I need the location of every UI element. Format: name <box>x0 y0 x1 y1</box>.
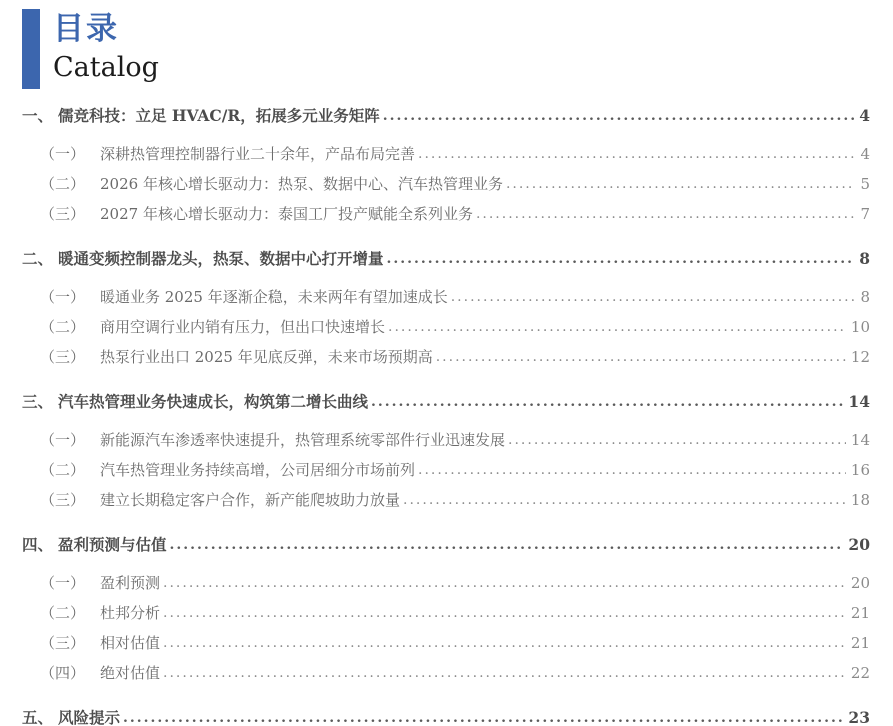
dot-leader <box>403 489 846 510</box>
page-number: 8 <box>859 248 870 270</box>
toc-entry-title: 建立长期稳定客户合作，新产能爬坡助力放量 <box>100 490 400 510</box>
toc-section-row[interactable]: 四、 盈利预测与估值 20 <box>22 534 870 557</box>
page-number: 21 <box>851 603 870 623</box>
toc-entry-title: 汽车热管理业务快速成长，构筑第二增长曲线 <box>58 391 368 413</box>
page-number: 8 <box>860 287 870 307</box>
toc-entry-title: 热泵行业出口 2025 年见底反弹，未来市场预期高 <box>100 347 433 367</box>
toc-entry-number: （一） <box>40 287 100 307</box>
toc-entry-number: （二） <box>40 174 100 194</box>
page-number: 10 <box>851 317 870 337</box>
page-number: 14 <box>851 430 870 450</box>
dot-leader <box>371 390 843 413</box>
toc-sub-row[interactable]: （三） 2027 年核心增长驱动力：泰国工厂投产赋能全系列业务 7 <box>22 204 870 225</box>
dot-leader <box>163 602 846 623</box>
dot-leader <box>476 203 856 224</box>
toc-entry-title: 2026 年核心增长驱动力：热泵、数据中心、汽车热管理业务 <box>100 174 503 194</box>
toc-entry-number: （二） <box>40 317 100 337</box>
dot-leader <box>418 459 846 480</box>
dot-leader <box>506 173 856 194</box>
page-number: 20 <box>851 573 870 593</box>
toc-sub-row[interactable]: （三） 建立长期稳定客户合作，新产能爬坡助力放量 18 <box>22 490 870 511</box>
dot-leader <box>383 104 854 127</box>
toc-entry-number: （三） <box>40 633 100 653</box>
table-of-contents: 一、 儒竞科技：立足 HVAC/R，拓展多元业务矩阵 4 （一） 深耕热管理控制… <box>0 89 893 726</box>
toc-entry-number: （四） <box>40 663 100 683</box>
toc-sub-row[interactable]: （三） 相对估值 21 <box>22 633 870 654</box>
dot-leader <box>436 346 846 367</box>
dot-leader <box>163 572 846 593</box>
dot-leader <box>418 143 855 164</box>
toc-sub-row[interactable]: （一） 深耕热管理控制器行业二十余年，产品布局完善 4 <box>22 144 870 165</box>
toc-entry-number: （三） <box>40 347 100 367</box>
page-number: 12 <box>851 347 870 367</box>
dot-leader <box>508 429 846 450</box>
toc-entry-number: （二） <box>40 460 100 480</box>
toc-sub-row[interactable]: （一） 暖通业务 2025 年逐渐企稳，未来两年有望加速成长 8 <box>22 287 870 308</box>
dot-leader <box>163 662 846 683</box>
toc-entry-title: 相对估值 <box>100 633 160 653</box>
toc-sub-row[interactable]: （二） 汽车热管理业务持续高增，公司居细分市场前列 16 <box>22 460 870 481</box>
accent-bar <box>22 9 40 89</box>
toc-sub-row[interactable]: （一） 盈利预测 20 <box>22 573 870 594</box>
dot-leader <box>388 316 846 337</box>
dot-leader <box>123 706 843 726</box>
page-number: 4 <box>859 105 870 127</box>
toc-entry-number: （一） <box>40 573 100 593</box>
toc-entry-title: 2027 年核心增长驱动力：泰国工厂投产赋能全系列业务 <box>100 204 473 224</box>
toc-sub-row[interactable]: （四） 绝对估值 22 <box>22 663 870 684</box>
page-title-en: Catalog <box>53 49 159 87</box>
catalog-header: 目录 Catalog <box>0 0 893 89</box>
toc-section-row[interactable]: 一、 儒竞科技：立足 HVAC/R，拓展多元业务矩阵 4 <box>22 105 870 128</box>
page-title-cn: 目录 <box>53 9 159 49</box>
toc-entry-title: 杜邦分析 <box>100 603 160 623</box>
page-number: 21 <box>851 633 870 653</box>
toc-entry-title: 深耕热管理控制器行业二十余年，产品布局完善 <box>100 144 415 164</box>
page-number: 20 <box>848 534 870 556</box>
toc-entry-number: （一） <box>40 430 100 450</box>
toc-sub-row[interactable]: （二） 商用空调行业内销有压力，但出口快速增长 10 <box>22 317 870 338</box>
toc-sub-row[interactable]: （三） 热泵行业出口 2025 年见底反弹，未来市场预期高 12 <box>22 347 870 368</box>
toc-entry-title: 儒竞科技：立足 HVAC/R，拓展多元业务矩阵 <box>58 105 380 127</box>
toc-entry-number: 四、 <box>22 534 58 556</box>
toc-section-row[interactable]: 五、 风险提示 23 <box>22 707 870 726</box>
toc-sub-row[interactable]: （一） 新能源汽车渗透率快速提升，热管理系统零部件行业迅速发展 14 <box>22 430 870 451</box>
toc-sub-row[interactable]: （二） 杜邦分析 21 <box>22 603 870 624</box>
page-number: 14 <box>848 391 870 413</box>
toc-section-row[interactable]: 二、 暖通变频控制器龙头，热泵、数据中心打开增量 8 <box>22 248 870 271</box>
toc-entry-number: （三） <box>40 490 100 510</box>
toc-entry-title: 新能源汽车渗透率快速提升，热管理系统零部件行业迅速发展 <box>100 430 505 450</box>
toc-entry-number: 三、 <box>22 391 58 413</box>
header-text: 目录 Catalog <box>53 9 159 87</box>
toc-entry-title: 绝对估值 <box>100 663 160 683</box>
toc-entry-title: 盈利预测 <box>100 573 160 593</box>
page-number: 5 <box>860 174 870 194</box>
toc-entry-title: 暖通业务 2025 年逐渐企稳，未来两年有望加速成长 <box>100 287 448 307</box>
toc-entry-title: 汽车热管理业务持续高增，公司居细分市场前列 <box>100 460 415 480</box>
toc-entry-number: （一） <box>40 144 100 164</box>
page-number: 16 <box>851 460 870 480</box>
page-number: 7 <box>860 204 870 224</box>
page-number: 4 <box>860 144 870 164</box>
toc-entry-title: 风险提示 <box>58 707 120 726</box>
page-number: 18 <box>851 490 870 510</box>
toc-entry-number: （二） <box>40 603 100 623</box>
toc-entry-title: 盈利预测与估值 <box>58 534 167 556</box>
document-page: 目录 Catalog 一、 儒竞科技：立足 HVAC/R，拓展多元业务矩阵 4 … <box>0 0 893 726</box>
toc-entry-number: （三） <box>40 204 100 224</box>
toc-entry-number: 二、 <box>22 248 58 270</box>
dot-leader <box>387 247 855 270</box>
page-number: 22 <box>851 663 870 683</box>
toc-section-row[interactable]: 三、 汽车热管理业务快速成长，构筑第二增长曲线 14 <box>22 391 870 414</box>
dot-leader <box>163 632 846 653</box>
toc-entry-number: 一、 <box>22 105 58 127</box>
dot-leader <box>451 286 856 307</box>
toc-entry-title: 商用空调行业内销有压力，但出口快速增长 <box>100 317 385 337</box>
toc-entry-number: 五、 <box>22 707 58 726</box>
toc-sub-row[interactable]: （二） 2026 年核心增长驱动力：热泵、数据中心、汽车热管理业务 5 <box>22 174 870 195</box>
page-number: 23 <box>848 707 870 726</box>
dot-leader <box>170 533 844 556</box>
toc-entry-title: 暖通变频控制器龙头，热泵、数据中心打开增量 <box>58 248 384 270</box>
